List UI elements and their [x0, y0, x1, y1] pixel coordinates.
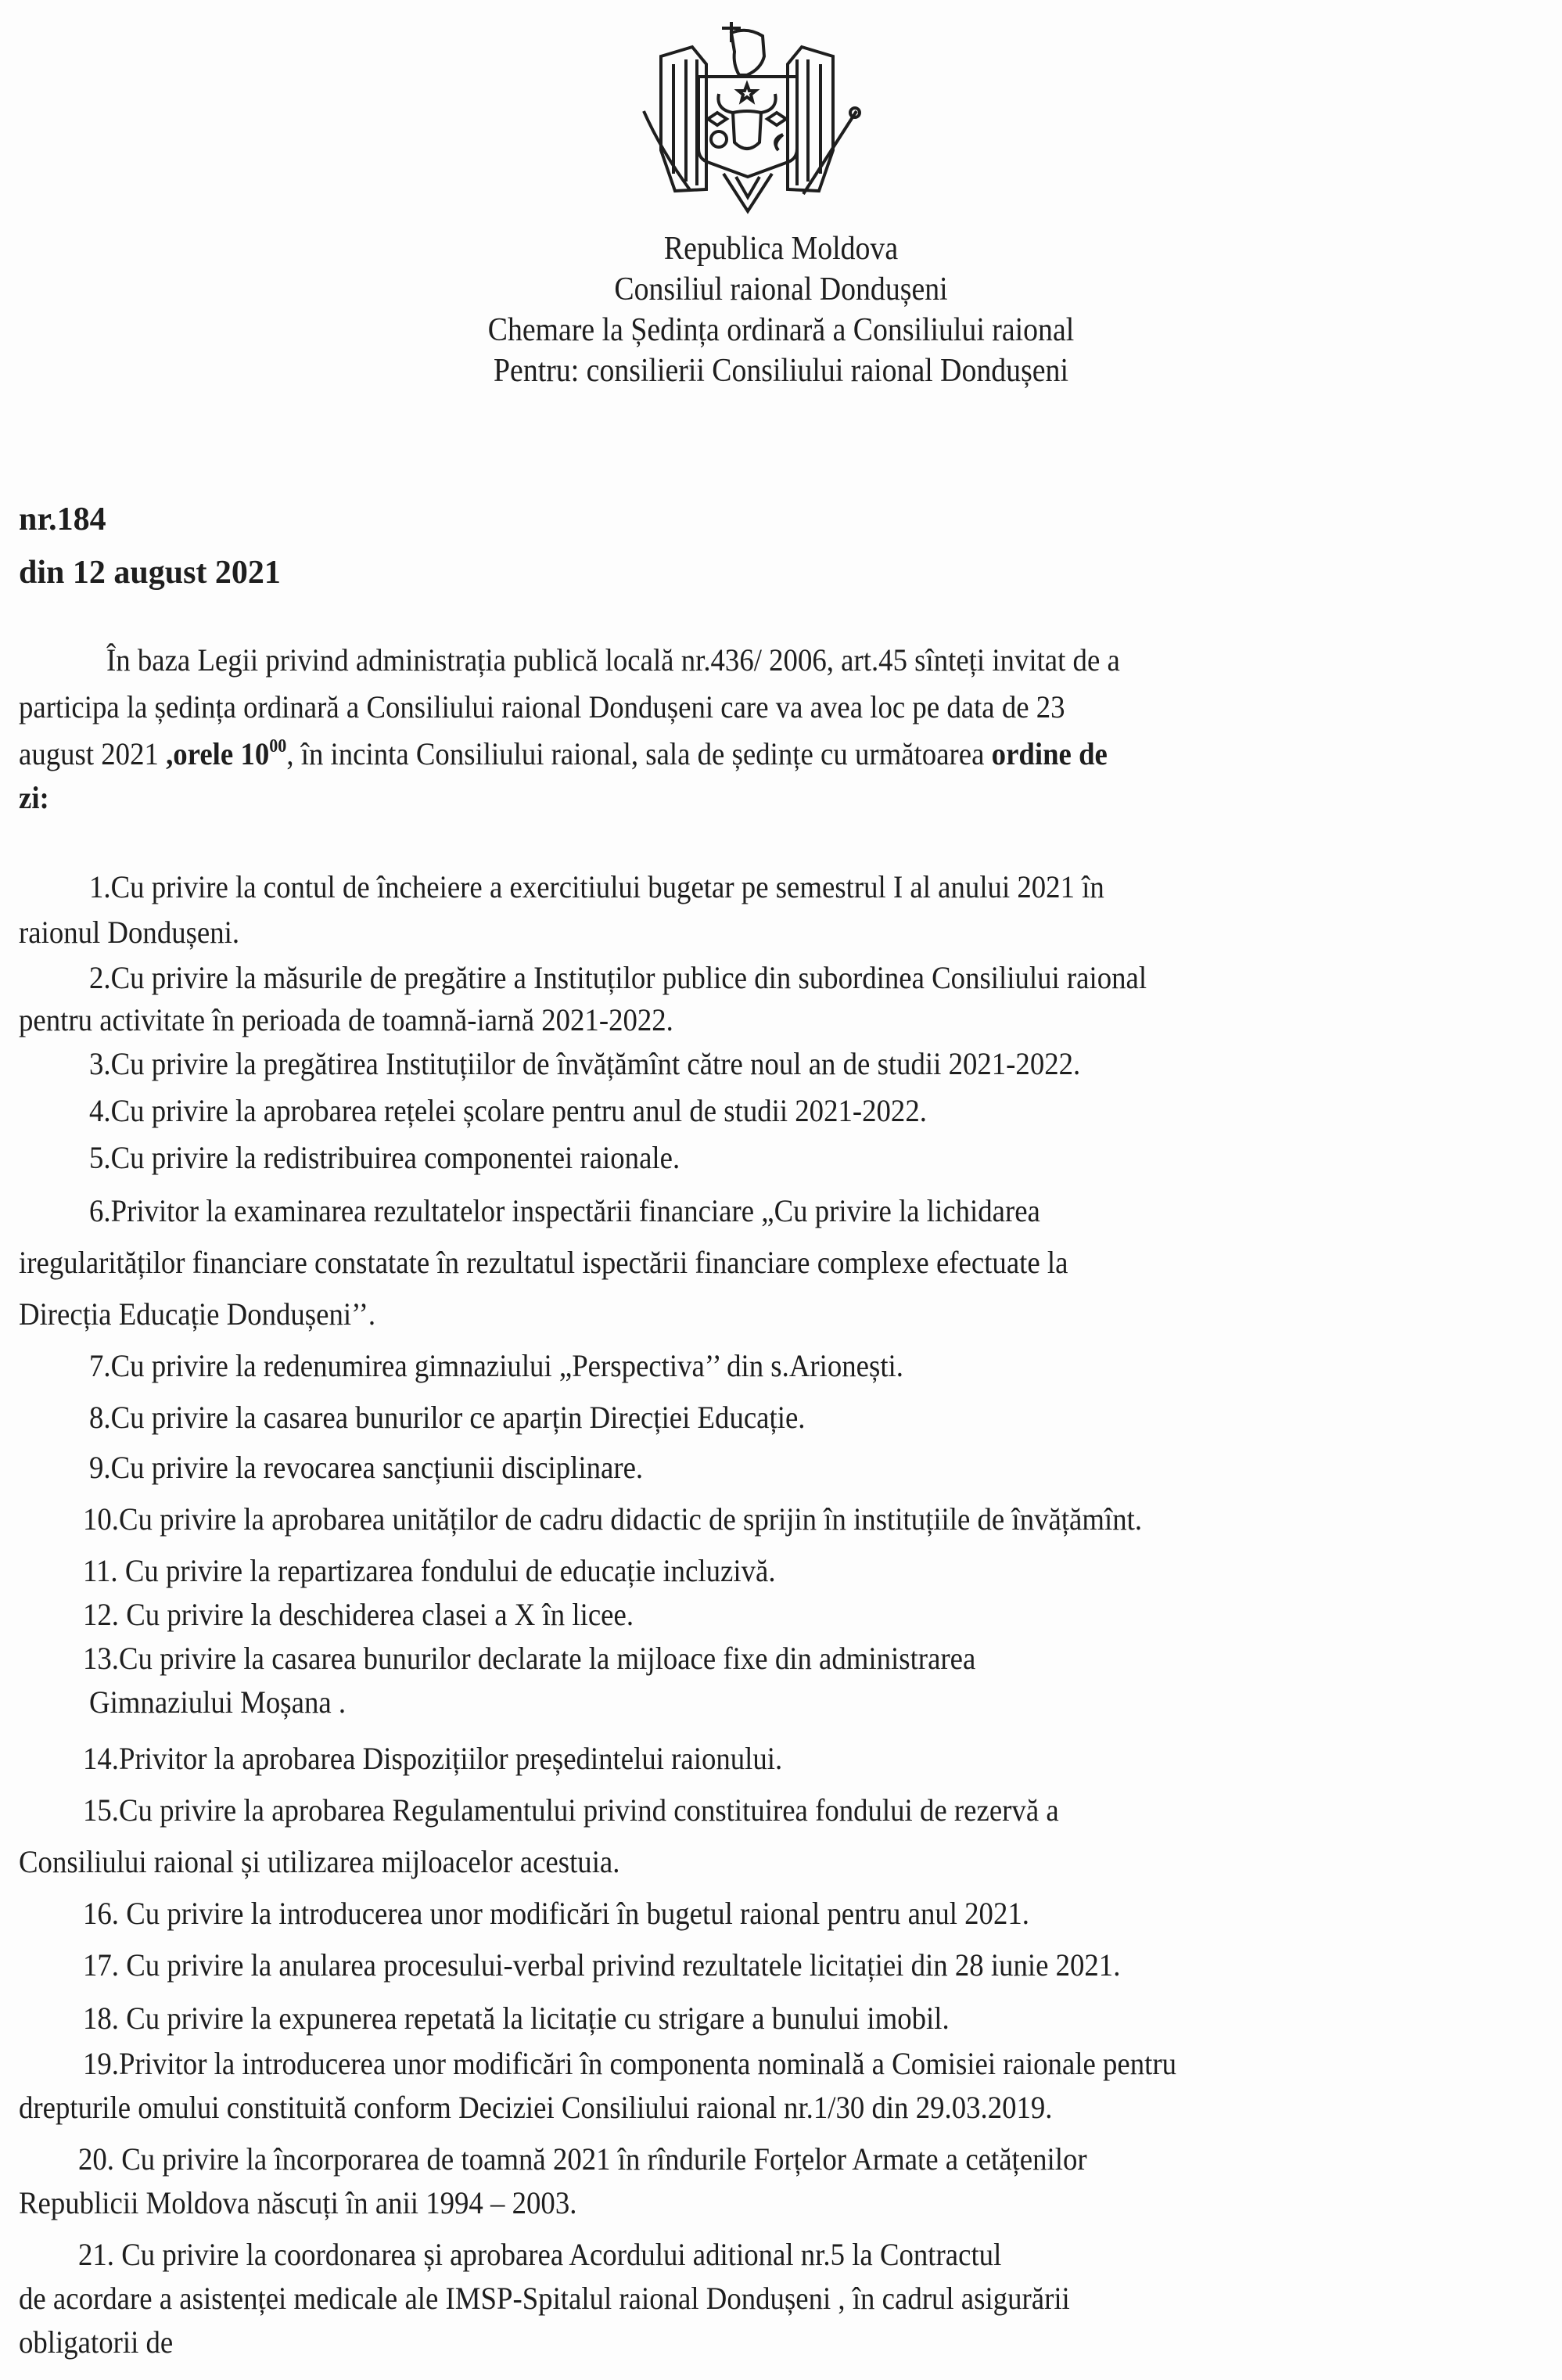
- agenda-item-17: 17. Cu privire la anularea procesului-ve…: [83, 1947, 1120, 1983]
- meeting-time-label: ,orele 10: [166, 736, 269, 771]
- intro-line-1: În baza Legii privind administrația publ…: [106, 642, 1120, 678]
- agenda-item-7: 7.Cu privire la redenumirea gimnaziului …: [89, 1347, 903, 1384]
- coat-of-arms-icon: [630, 9, 864, 222]
- header-council: Consiliul raional Dondușeni: [78, 269, 1484, 310]
- agenda-item-11: 11. Cu privire la repartizarea fondului …: [83, 1552, 776, 1589]
- header-country: Republica Moldova: [78, 228, 1484, 269]
- intro-date: august 2021: [19, 736, 166, 771]
- agenda-item-21-cont-2: obligatorii de: [19, 2324, 173, 2360]
- agenda-item-20-cont: Republicii Moldova născuți în anii 1994 …: [19, 2184, 576, 2221]
- intro-line-2: participa la ședința ordinară a Consiliu…: [19, 688, 1065, 725]
- agenda-item-13-cont: Gimnaziului Moșana .: [89, 1684, 346, 1720]
- agenda-item-19: 19.Privitor la introducerea unor modific…: [83, 2045, 1176, 2082]
- meeting-time: ,orele 1000: [166, 736, 286, 771]
- agenda-item-3: 3.Cu privire la pregătirea Instituțiilor…: [89, 1045, 1080, 1082]
- intro-line-3: august 2021 ,orele 1000, în incinta Cons…: [19, 735, 1108, 772]
- document-page: Republica Moldova Consiliul raional Dond…: [0, 0, 1562, 2380]
- agenda-item-1: 1.Cu privire la contul de încheiere a ex…: [89, 868, 1104, 905]
- agenda-item-18: 18. Cu privire la expunerea repetată la …: [83, 2000, 950, 2037]
- header-summons-title: Chemare la Ședința ordinară a Consiliulu…: [78, 310, 1484, 351]
- agenda-item-21-cont-1: de acordare a asistenței medicale ale IM…: [19, 2280, 1070, 2317]
- agenda-item-21: 21. Cu privire la coordonarea și aprobar…: [78, 2236, 1001, 2273]
- agenda-item-16: 16. Cu privire la introducerea unor modi…: [83, 1895, 1029, 1932]
- agenda-item-2-cont: pentru activitate în perioada de toamnă-…: [19, 1001, 673, 1038]
- agenda-item-6: 6.Privitor la examinarea rezultatelor in…: [89, 1192, 1040, 1229]
- agenda-item-8: 8.Cu privire la casarea bunurilor ce apa…: [89, 1399, 806, 1436]
- agenda-label-end: zi:: [19, 779, 49, 816]
- agenda-item-2: 2.Cu privire la măsurile de pregătire a …: [89, 959, 1147, 996]
- header-addressee: Pentru: consilierii Consiliului raional …: [78, 351, 1484, 391]
- agenda-item-14: 14.Privitor la aprobarea Dispozițiilor p…: [83, 1740, 782, 1777]
- agenda-item-6-cont-1: iregularităților financiare constatate î…: [19, 1244, 1068, 1281]
- agenda-label: ordine de: [992, 736, 1108, 771]
- agenda-item-6-cont-2: Direcția Educație Dondușeni’’.: [19, 1296, 375, 1332]
- document-header: Republica Moldova Consiliul raional Dond…: [78, 228, 1484, 391]
- agenda-item-5: 5.Cu privire la redistribuirea component…: [89, 1139, 680, 1176]
- agenda-item-20: 20. Cu privire la încorporarea de toamnă…: [78, 2141, 1087, 2177]
- document-date: din 12 august 2021: [19, 554, 281, 591]
- agenda-item-15: 15.Cu privire la aprobarea Regulamentulu…: [83, 1792, 1059, 1828]
- agenda-item-1-cont: raionul Dondușeni.: [19, 914, 239, 951]
- agenda-item-9: 9.Cu privire la revocarea sancțiunii dis…: [89, 1449, 643, 1486]
- agenda-item-13: 13.Cu privire la casarea bunurilor decla…: [83, 1640, 975, 1677]
- agenda-item-4: 4.Cu privire la aprobarea rețelei școlar…: [89, 1092, 927, 1129]
- intro-location: , în incinta Consiliului raional, sala d…: [286, 736, 991, 771]
- agenda-item-10: 10.Cu privire la aprobarea unităților de…: [83, 1501, 1142, 1537]
- document-number: nr.184: [19, 501, 106, 538]
- agenda-item-19-cont: drepturile omului constituită conform De…: [19, 2089, 1053, 2126]
- agenda-item-12: 12. Cu privire la deschiderea clasei a X…: [83, 1596, 634, 1633]
- meeting-time-minutes: 00: [269, 736, 286, 757]
- agenda-item-15-cont: Consiliului raional și utilizarea mijloa…: [19, 1843, 619, 1880]
